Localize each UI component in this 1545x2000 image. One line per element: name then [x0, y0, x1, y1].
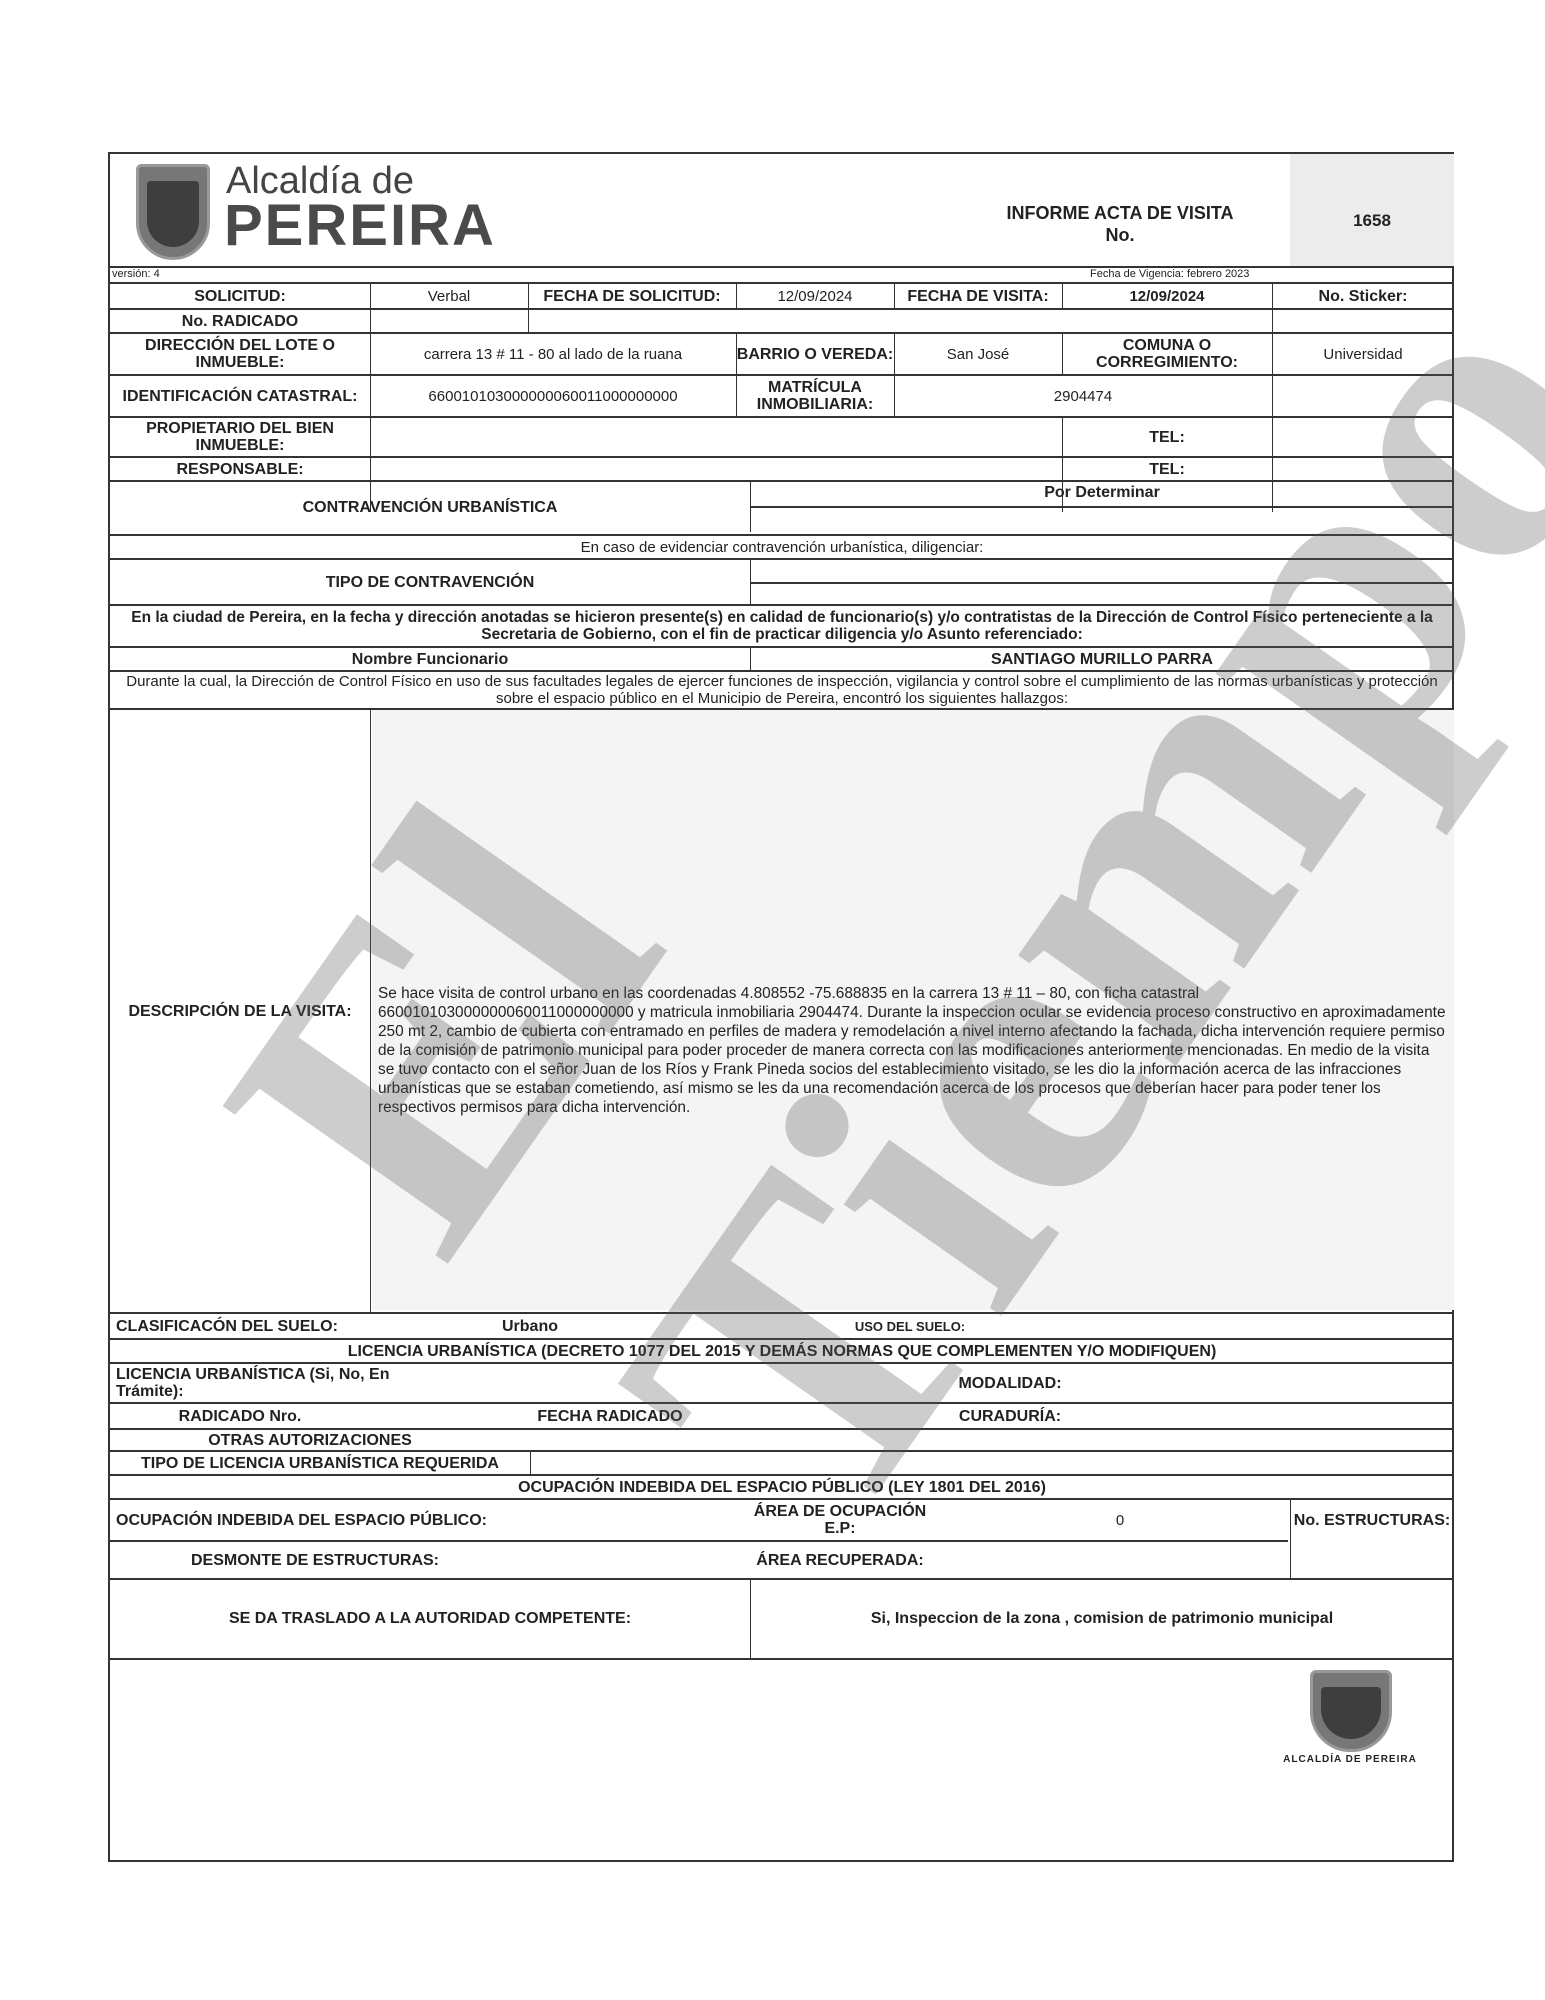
- tipo-licencia-requerida-label: TIPO DE LICENCIA URBANÍSTICA REQUERIDA: [110, 1452, 530, 1474]
- form-number: 1658: [1290, 212, 1454, 229]
- desmonte-label: DESMONTE DE ESTRUCTURAS:: [150, 1542, 480, 1578]
- area-ocupacion-label: ÁREA DE OCUPACIÓN E.P:: [750, 1500, 930, 1540]
- propietario-tel-label: TEL:: [1062, 418, 1272, 456]
- form-title: INFORME ACTA DE VISITA: [930, 202, 1310, 224]
- footer-seal-icon: [1310, 1670, 1392, 1752]
- descripcion-value: Se hace visita de control urbano en las …: [378, 984, 1448, 1117]
- funcionario-label: Nombre Funcionario: [110, 648, 750, 670]
- logo-line2: PEREIRA: [224, 192, 496, 259]
- fecha-radicado-label: FECHA RADICADO: [490, 1404, 730, 1428]
- clasificacion-label: CLASIFICACÓN DEL SUELO:: [110, 1314, 410, 1338]
- fecha-solicitud-label: FECHA DE SOLICITUD:: [528, 284, 736, 308]
- comuna-value: Universidad: [1272, 334, 1454, 374]
- visit-report-form: Alcaldía de PEREIRA INFORME ACTA DE VISI…: [108, 152, 1454, 1862]
- statement-intro: En la ciudad de Pereira, en la fecha y d…: [110, 606, 1454, 646]
- solicitud-label: SOLICITUD:: [110, 284, 370, 308]
- contravencion-value: Por Determinar: [750, 482, 1454, 502]
- area-ocupacion-value: 0: [1090, 1500, 1150, 1540]
- catastral-label: IDENTIFICACIÓN CATASTRAL:: [110, 376, 370, 416]
- estructuras-label: No. ESTRUCTURAS:: [1290, 1500, 1454, 1540]
- uso-suelo-label: USO DEL SUELO:: [810, 1314, 1010, 1338]
- fecha-solicitud-value: 12/09/2024: [736, 284, 894, 308]
- radicado-nro-label: RADICADO Nro.: [110, 1404, 370, 1428]
- barrio-value: San José: [894, 334, 1062, 374]
- area-recuperada-label: ÁREA RECUPERADA:: [750, 1542, 930, 1578]
- licencia-title: LICENCIA URBANÍSTICA (DECRETO 1077 DEL 2…: [110, 1340, 1454, 1362]
- clasificacion-value: Urbano: [470, 1314, 590, 1338]
- traslado-value: Si, Inspeccion de la zona , comision de …: [750, 1580, 1454, 1656]
- version-label: versión: 4: [112, 268, 160, 280]
- statement-durante: Durante la cual, la Dirección de Control…: [110, 672, 1454, 708]
- funcionario-value: SANTIAGO MURILLO PARRA: [750, 648, 1454, 670]
- form-number-label: No.: [930, 224, 1310, 246]
- contravencion-instruction: En caso de evidenciar contravención urba…: [110, 536, 1454, 558]
- solicitud-value: Verbal: [370, 284, 528, 308]
- radicado-label: No. RADICADO: [110, 310, 370, 332]
- direccion-label: DIRECCIÓN DEL LOTE O INMUEBLE:: [110, 334, 370, 374]
- vigencia-label: Fecha de Vigencia: febrero 2023: [1090, 268, 1249, 280]
- espacio-publico-title: OCUPACIÓN INDEBIDA DEL ESPACIO PÚBLICO (…: [110, 1476, 1454, 1498]
- pereira-coat-of-arms-icon: [136, 164, 210, 260]
- modalidad-label: MODALIDAD:: [930, 1364, 1090, 1402]
- responsable-value: [372, 458, 1062, 480]
- comuna-label: COMUNA O CORREGIMIENTO:: [1062, 334, 1272, 374]
- ocupacion-label: OCUPACIÓN INDEBIDA DEL ESPACIO PÚBLICO:: [110, 1500, 550, 1540]
- barrio-label: BARRIO O VEREDA:: [736, 334, 894, 374]
- matricula-value: 2904474: [894, 376, 1272, 416]
- footer-seal-caption: ALCALDÍA DE PEREIRA: [1260, 1754, 1440, 1765]
- tipo-contravencion-label: TIPO DE CONTRAVENCIÓN: [110, 560, 750, 604]
- matricula-label: MATRÍCULA INMOBILIARIA:: [736, 376, 894, 416]
- sticker-label: No. Sticker:: [1272, 284, 1454, 308]
- propietario-label: PROPIETARIO DEL BIEN INMUEBLE:: [110, 418, 370, 456]
- licencia-status-label: LICENCIA URBANÍSTICA (Si, No, En Trámite…: [110, 1364, 390, 1402]
- responsable-tel-label: TEL:: [1062, 458, 1272, 480]
- contravencion-title: CONTRAVENCIÓN URBANÍSTICA: [110, 482, 750, 532]
- traslado-label: SE DA TRASLADO A LA AUTORIDAD COMPETENTE…: [110, 1580, 750, 1656]
- otras-autorizaciones-label: OTRAS AUTORIZACIONES: [110, 1430, 510, 1450]
- direccion-value: carrera 13 # 11 - 80 al lado de la ruana: [370, 334, 736, 374]
- catastral-value: 660010103000000060011000000000: [370, 376, 736, 416]
- fecha-visita-value: 12/09/2024: [1062, 284, 1272, 308]
- curaduria-label: CURADURÍA:: [930, 1404, 1090, 1428]
- propietario-value: [372, 418, 1062, 456]
- fecha-visita-label: FECHA DE VISITA:: [894, 284, 1062, 308]
- descripcion-label: DESCRIPCIÓN DE LA VISITA:: [110, 710, 370, 1312]
- responsable-label: RESPONSABLE:: [110, 458, 370, 480]
